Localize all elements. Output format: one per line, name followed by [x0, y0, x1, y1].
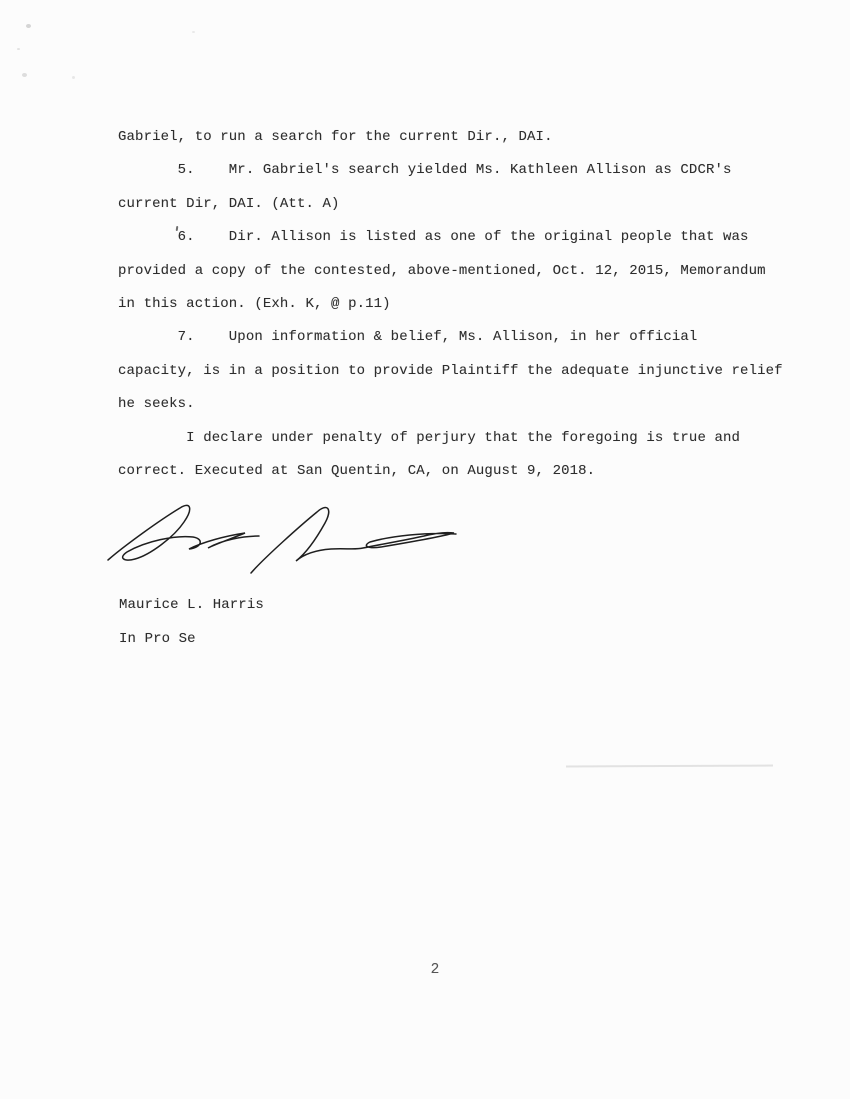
signer-block: Maurice L. Harris In Pro Se — [119, 588, 264, 656]
signature-stroke-left — [108, 505, 259, 560]
scan-speck — [26, 24, 31, 28]
document-line: he seeks. — [118, 388, 783, 421]
document-line: in this action. (Exh. K, @ p.11) — [118, 288, 783, 321]
document-line: 7. Upon information & belief, Ms. Alliso… — [118, 321, 783, 354]
scan-speck — [192, 31, 195, 33]
scan-artifact-line — [566, 765, 773, 768]
signer-role: In Pro Se — [119, 622, 264, 656]
scanned-document-page: Gabriel, to run a search for the current… — [0, 0, 850, 1099]
document-line: 6. Dir. Allison is listed as one of the … — [118, 221, 783, 254]
document-line: Gabriel, to run a search for the current… — [118, 121, 783, 154]
page-number: 2 — [423, 958, 447, 982]
document-line: capacity, is in a position to provide Pl… — [118, 355, 783, 388]
document-line: 5. Mr. Gabriel's search yielded Ms. Kath… — [118, 154, 783, 187]
scan-speck — [17, 48, 20, 50]
scan-speck — [22, 73, 27, 77]
document-line: current Dir, DAI. (Att. A) — [118, 188, 783, 221]
signer-name: Maurice L. Harris — [119, 588, 264, 622]
document-body: Gabriel, to run a search for the current… — [118, 121, 783, 488]
document-line: correct. Executed at San Quentin, CA, on… — [118, 455, 783, 488]
scan-speck — [72, 76, 75, 79]
document-line: I declare under penalty of perjury that … — [118, 422, 783, 455]
handwritten-signature — [104, 496, 460, 582]
signature-stroke-right — [251, 508, 456, 573]
document-line: provided a copy of the contested, above-… — [118, 255, 783, 288]
